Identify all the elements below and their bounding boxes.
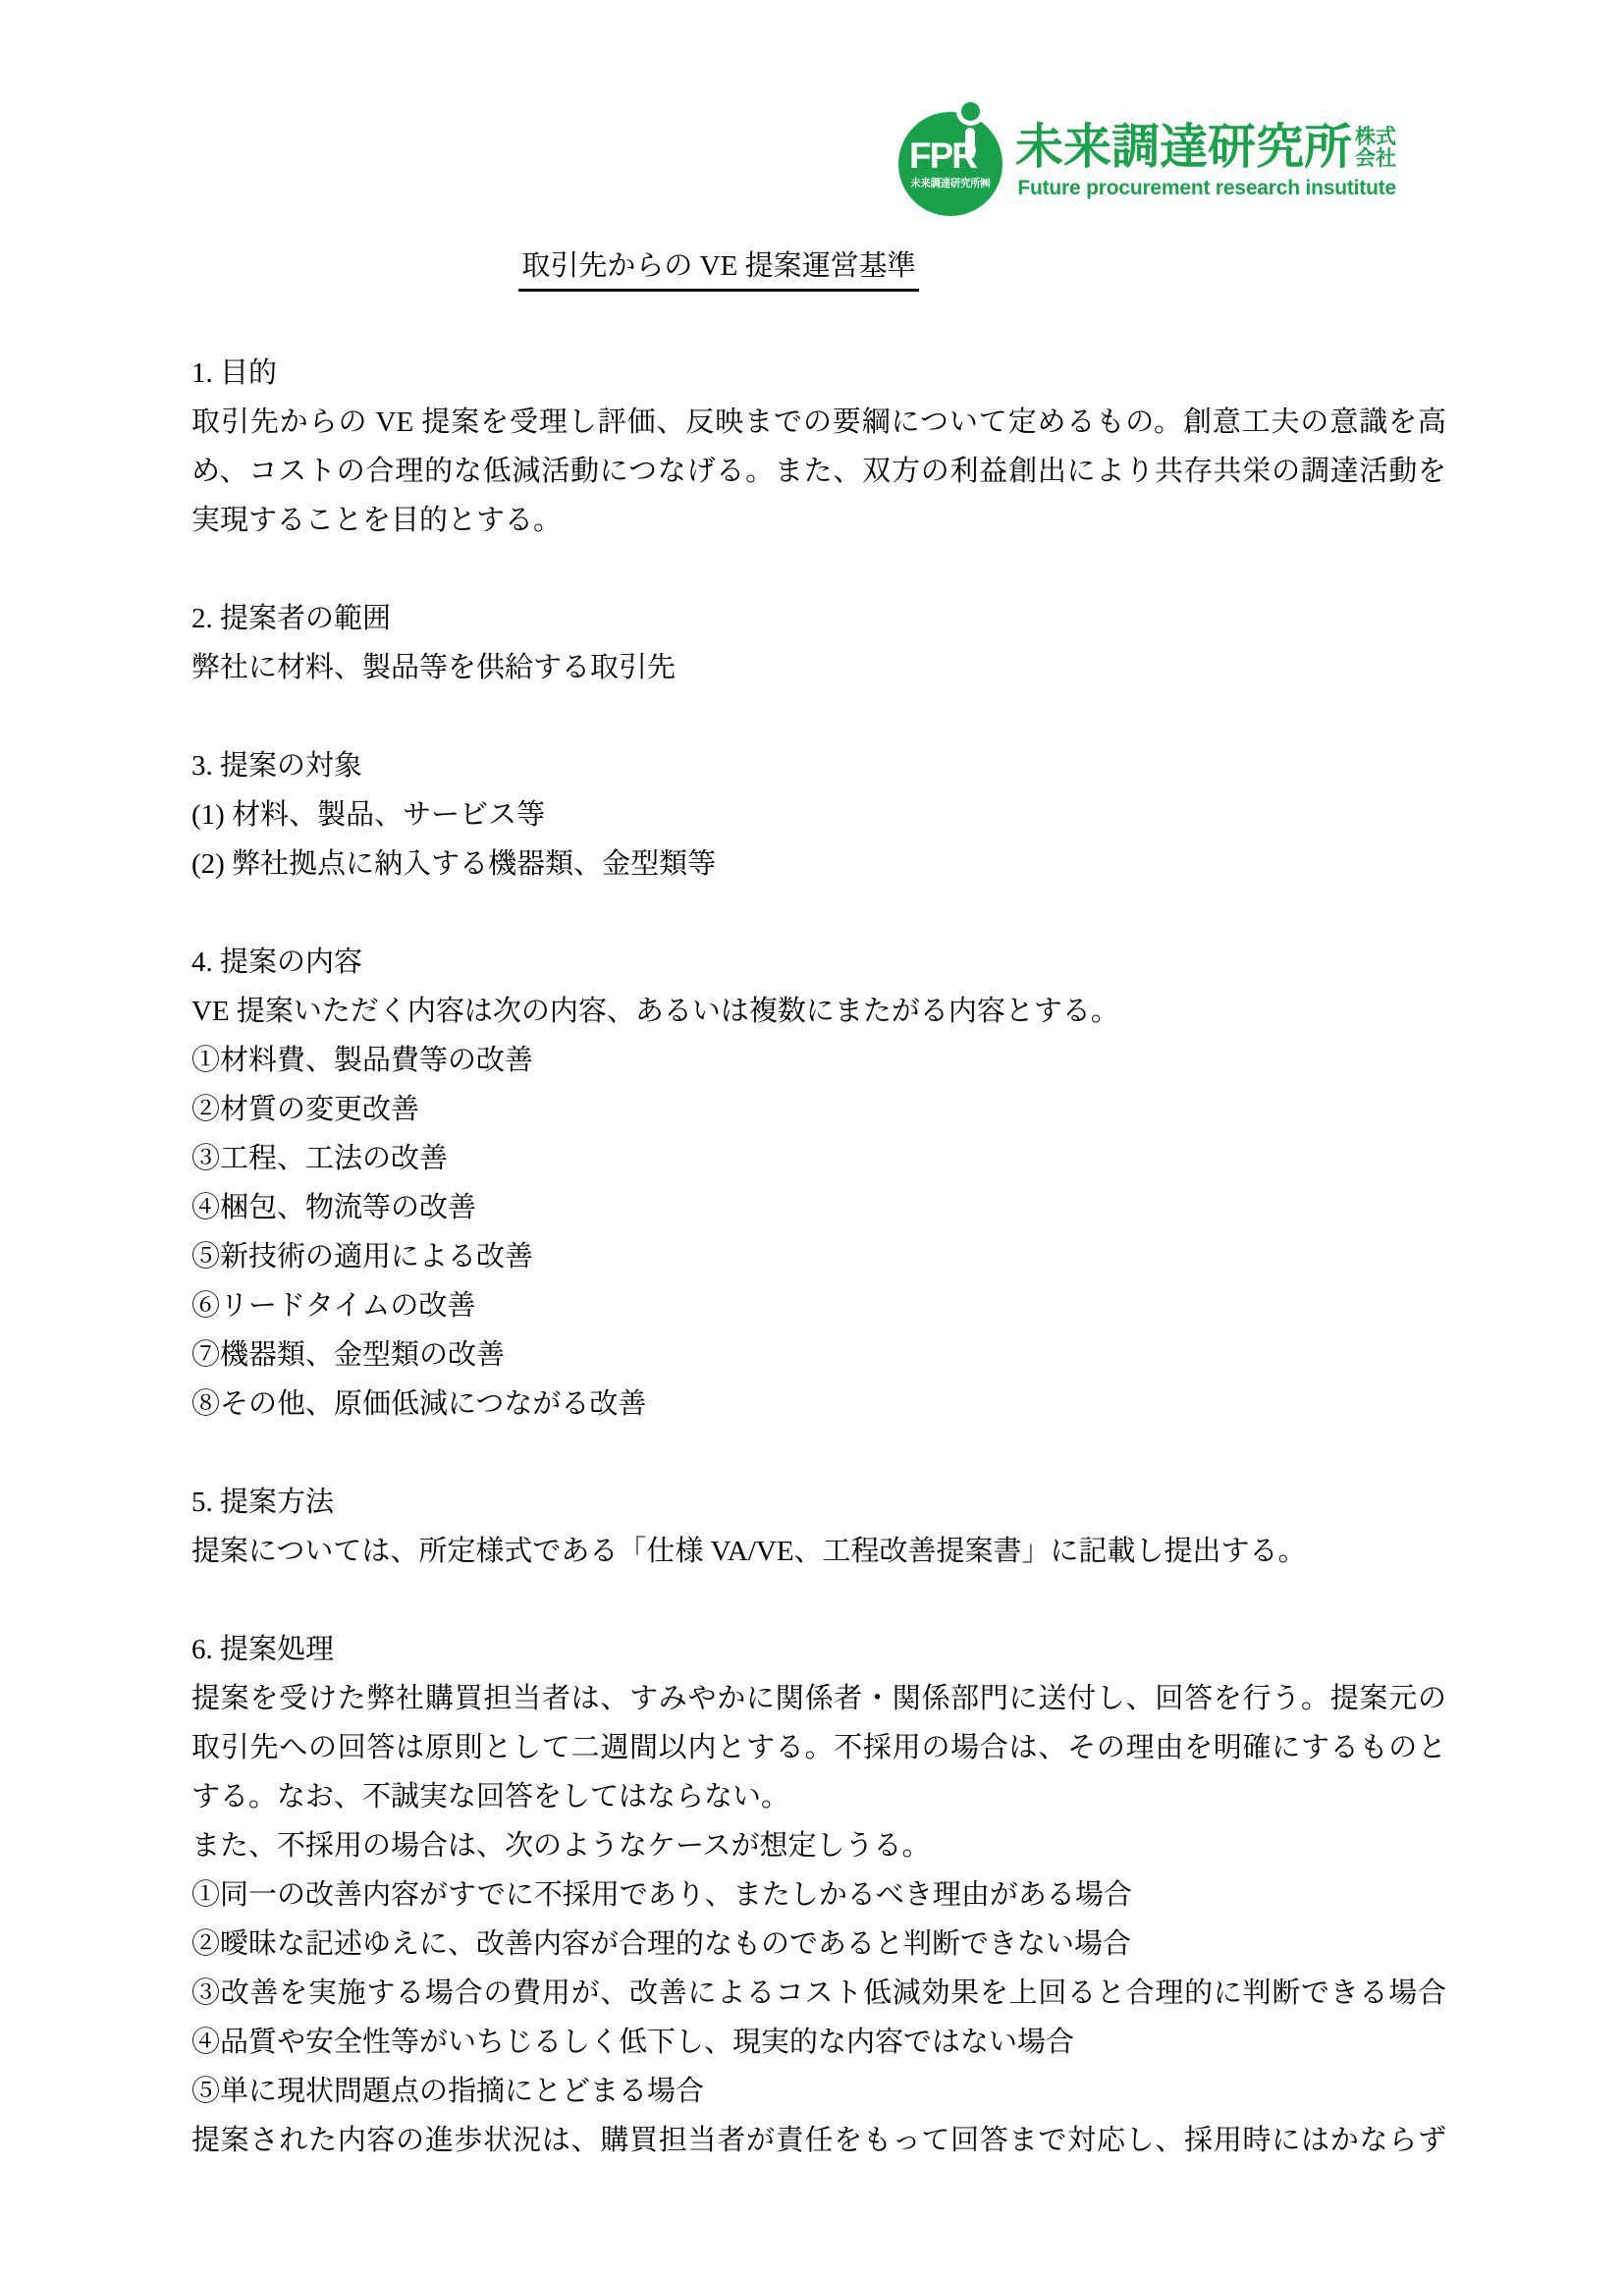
section-proposal-content: 4. 提案の内容 VE 提案いただく内容は次の内容、あるいは複数にまたがる内容と… — [191, 938, 1446, 1429]
list-item: ⑤単に現状問題点の指摘にとどまる場合 — [191, 2067, 1446, 2116]
body-line: (1) 材料、製品、サービス等 — [191, 790, 1446, 839]
body-line: また、不採用の場合は、次のようなケースが想定しうる。 — [191, 1821, 1446, 1870]
list-item: ⑤新技術の適用による改善 — [191, 1232, 1446, 1281]
list-item: ④梱包、物流等の改善 — [191, 1183, 1446, 1232]
section-purpose: 1. 目的 取引先からの VE 提案を受理し評価、反映までの要綱について定めるも… — [191, 349, 1446, 545]
list-item: ③改善を実施する場合の費用が、改善によるコスト低減効果を上回ると合理的に判断でき… — [191, 1969, 1446, 2018]
page-title: 取引先からの VE 提案運営基準 — [518, 244, 918, 292]
document-body: 1. 目的 取引先からの VE 提案を受理し評価、反映までの要綱について定めるも… — [191, 349, 1446, 2165]
logo-row: FPR 未来調達研究所㈱ 未来調達研究所 株式 会社 Future procur… — [0, 0, 1624, 216]
body-line: 取引先からの VE 提案を受理し評価、反映までの要綱について定めるもの。創意工夫… — [191, 398, 1446, 447]
body-line: する。なお、不誠実な回答をしてはならない。 — [191, 1772, 1446, 1821]
body-line: 弊社に材料、製品等を供給する取引先 — [191, 643, 1446, 692]
section-heading: 3. 提案の対象 — [191, 741, 1446, 790]
logo-i-dot — [961, 102, 980, 121]
company-name: 未来調達研究所 — [1015, 124, 1352, 172]
logo-acronym: FPR — [909, 137, 976, 174]
logo-circle-caption: 未来調達研究所㈱ — [902, 175, 999, 190]
list-item: ②曖昧な記述ゆえに、改善内容が合理的なものであると判断できない場合 — [191, 1920, 1446, 1969]
company-suffix-bottom: 会社 — [1355, 148, 1396, 169]
section-heading: 5. 提案方法 — [191, 1478, 1446, 1527]
list-item: ②材質の変更改善 — [191, 1085, 1446, 1134]
company-logo: FPR 未来調達研究所㈱ 未来調達研究所 株式 会社 Future procur… — [898, 104, 1396, 216]
body-line: 提案された内容の進歩状況は、購買担当者が責任をもって回答まで対応し、採用時にはか… — [191, 2116, 1446, 2165]
list-item: ④品質や安全性等がいちじるしく低下し、現実的な内容ではない場合 — [191, 2018, 1446, 2067]
section-proposer-scope: 2. 提案者の範囲 弊社に材料、製品等を供給する取引先 — [191, 594, 1446, 692]
list-item: ⑥リードタイムの改善 — [191, 1281, 1446, 1330]
list-item: ③工程、工法の改善 — [191, 1134, 1446, 1183]
body-line: 取引先への回答は原則として二週間以内とする。不採用の場合は、その理由を明確にする… — [191, 1723, 1446, 1772]
section-heading: 1. 目的 — [191, 349, 1446, 398]
list-item: ⑦機器類、金型類の改善 — [191, 1330, 1446, 1380]
list-item: ⑧その他、原価低減につながる改善 — [191, 1380, 1446, 1429]
section-heading: 6. 提案処理 — [191, 1625, 1446, 1674]
fpri-logo-icon: FPR 未来調達研究所㈱ — [898, 112, 1002, 216]
list-item: ①同一の改善内容がすでに不採用であり、またしかるべき理由がある場合 — [191, 1870, 1446, 1920]
logo-text: 未来調達研究所 株式 会社 Future procurement researc… — [1015, 124, 1396, 200]
body-line: 実現することを目的とする。 — [191, 496, 1446, 545]
company-tagline: Future procurement research insutitute — [1017, 177, 1396, 200]
body-line: 提案については、所定様式である「仕様 VA/VE、工程改善提案書」に記載し提出す… — [191, 1527, 1446, 1576]
section-proposal-method: 5. 提案方法 提案については、所定様式である「仕様 VA/VE、工程改善提案書… — [191, 1478, 1446, 1576]
logo-name-row: 未来調達研究所 株式 会社 — [1015, 124, 1396, 172]
section-heading: 4. 提案の内容 — [191, 938, 1446, 987]
body-line: VE 提案いただく内容は次の内容、あるいは複数にまたがる内容とする。 — [191, 987, 1446, 1036]
section-proposal-processing: 6. 提案処理 提案を受けた弊社購買担当者は、すみやかに関係者・関係部門に送付し… — [191, 1625, 1446, 2165]
title-row: 取引先からの VE 提案運営基準 — [0, 244, 1624, 292]
body-line: 提案を受けた弊社購買担当者は、すみやかに関係者・関係部門に送付し、回答を行う。提… — [191, 1674, 1446, 1723]
section-heading: 2. 提案者の範囲 — [191, 594, 1446, 643]
section-proposal-target: 3. 提案の対象 (1) 材料、製品、サービス等 (2) 弊社拠点に納入する機器… — [191, 741, 1446, 889]
document-page: FPR 未来調達研究所㈱ 未来調達研究所 株式 会社 Future procur… — [0, 0, 1624, 2274]
body-line: (2) 弊社拠点に納入する機器類、金型類等 — [191, 839, 1446, 889]
body-line: め、コストの合理的な低減活動につなげる。また、双方の利益創出により共存共栄の調達… — [191, 447, 1446, 496]
company-suffix-top: 株式 — [1355, 127, 1396, 147]
company-suffix: 株式 会社 — [1355, 127, 1396, 169]
list-item: ①材料費、製品費等の改善 — [191, 1036, 1446, 1085]
